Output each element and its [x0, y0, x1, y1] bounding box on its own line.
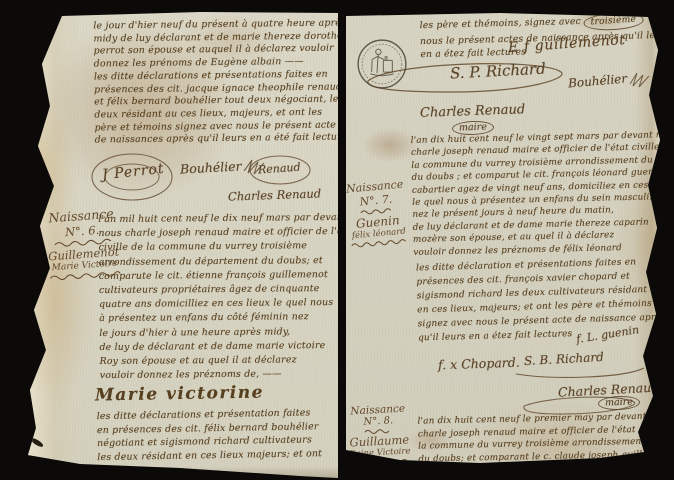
signature-perrot: J Perrot [101, 161, 165, 183]
signature-chopard: f. x Chopard. [438, 355, 520, 373]
right-act7-paragraph: l'an dix huit cent neuf le vingt sept ma… [411, 129, 664, 259]
signature-renaud: Renaud [258, 161, 301, 177]
signature-charles-renaud: Charles Renaud [228, 186, 322, 203]
handwritten-line: à présentez un enfans du côté féminin ne… [99, 310, 339, 326]
handwritten-text: les père et thémoins, signez avec [420, 16, 582, 31]
margin-note-naissance-7: Naissance N°. 7. Guenin félix léonard [339, 177, 414, 249]
child-name-heading: Marie victorine [95, 383, 264, 406]
handwritten-line: civille de la commune du vurrey troisièm… [99, 239, 339, 255]
imperial-stamp-icon [355, 36, 409, 92]
signature-bouhelier: Bouhélier [568, 71, 628, 90]
left-act-main-paragraph: l'an mil huit cent neuf le dix neuf mars… [98, 211, 339, 384]
signature-richard: S. P. Richard [450, 60, 547, 83]
left-act-continuation-paragraph: les ditte déclarations et présentation f… [97, 406, 340, 464]
wavy-flourish-icon [352, 458, 408, 467]
signature-paraph [628, 70, 652, 90]
handwritten-line: de luy de déclarant et de dame marie vic… [99, 339, 339, 355]
left-act-top-paragraph: le jour d'hier neuf du présent à quatre … [93, 18, 339, 148]
register-photo: le jour d'hier neuf du présent à quatre … [0, 0, 674, 480]
signature-richard: S. B. Richard [524, 350, 604, 368]
ink-fleck [30, 437, 45, 449]
signature-bouhelier: Bouhélier [180, 158, 242, 176]
title-maire-circled: maire [598, 396, 640, 410]
circled-word: troisième [584, 11, 644, 31]
signature-charles-renaud: Charles Renaud [420, 102, 526, 121]
handwritten-line: vouloir donnez les préznoms de, —— [100, 367, 340, 383]
margin-note-naissance-8: Naissance N°. 8. Guillaume Reine Victoir… [340, 402, 417, 467]
handwritten-line: de naissances après qu'il leurs en a été… [95, 132, 339, 148]
circled-word: maire [598, 395, 640, 410]
right-act8-paragraph: l'an dix huit cent neuf le premier may p… [417, 410, 664, 466]
